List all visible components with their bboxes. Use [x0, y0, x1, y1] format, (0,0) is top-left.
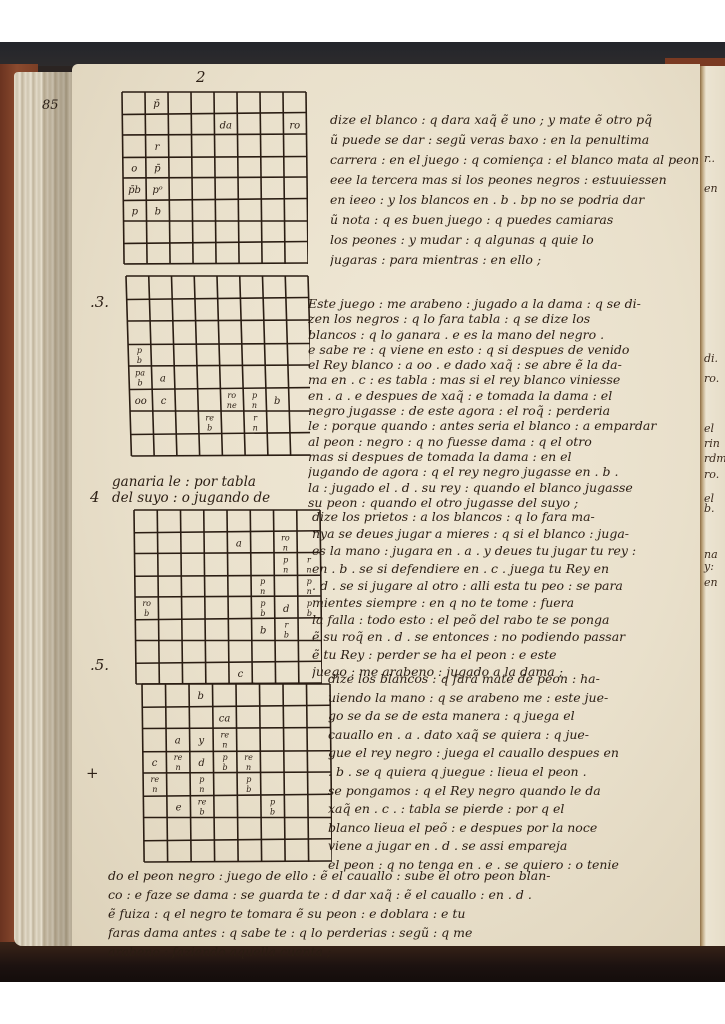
manuscript-line: en . a . e despues de xaq̃ : e tomada la…: [308, 388, 698, 403]
chess-piece-label: pᵒ: [152, 185, 162, 196]
chess-piece-label: p: [252, 391, 257, 400]
chess-piece-label: r: [155, 142, 161, 153]
chess-piece-label: n: [246, 763, 251, 772]
chess-piece-label: a: [236, 539, 242, 550]
chess-piece-label: n: [222, 741, 227, 750]
manuscript-line: viene a jugar en . d . se assi empareja: [328, 837, 698, 856]
chess-piece-label: n: [306, 565, 311, 574]
page-number: 2: [196, 68, 206, 86]
manuscript-line: Este juego : me arabeno : jugado a la da…: [308, 296, 698, 311]
chess-piece-label: ro: [142, 599, 151, 608]
manuscript-line: los peones : y mudar : q algunas q quie …: [330, 230, 698, 250]
spine-folio-mark: 85: [42, 98, 59, 113]
manuscript-line: eee la tercera mas si los peones negros …: [330, 170, 698, 190]
chess-piece-label: p: [260, 577, 265, 586]
chess-piece-label: re: [221, 731, 230, 740]
manuscript-line: ma en . c : es tabla : mas si el rey bla…: [308, 372, 698, 387]
chess-piece-label: p: [270, 797, 275, 806]
caption-line: del suyo : o jugando de: [112, 490, 270, 506]
chess-piece-label: b: [274, 396, 280, 407]
chess-piece-label: p: [222, 753, 227, 762]
chess-diagram-5: bcaayrencrendpbrenrenpnpberebpb: [140, 682, 332, 864]
manuscript-line: ẽ fuiza : q el negro te tomara ẽ su peon…: [108, 904, 698, 923]
chess-piece-label: b: [137, 356, 142, 365]
problem-2-text: dize el blanco : q dara xaq̃ ẽ uno ; y m…: [330, 110, 698, 270]
chess-piece-label: n: [152, 785, 157, 794]
facing-page-fragment: el: [704, 422, 714, 435]
manuscript-line: uiendo la mano : q se arabeno me : este …: [328, 689, 698, 708]
manuscript-line: dize el blanco : q dara xaq̃ ẽ uno ; y m…: [330, 110, 698, 130]
facing-page-fragment: r..: [704, 152, 715, 165]
chess-piece-label: d: [283, 604, 289, 615]
chess-piece-label: r: [253, 413, 258, 422]
chess-piece-label: re: [205, 413, 214, 422]
manuscript-line: . b . se q quiera q juegue : lieua el pe…: [328, 763, 698, 782]
chess-piece-label: ca: [219, 713, 231, 724]
chess-piece-label: n: [253, 423, 258, 432]
manuscript-line: el Rey blanco : a oo . e dado xaq̃ : se …: [308, 357, 698, 372]
manuscript-line: jugaras : para mientras : en ello ;: [330, 250, 698, 270]
chess-piece-label: p: [307, 577, 312, 586]
chess-piece-label: p: [199, 775, 204, 784]
caption-line: ganaria le : por tabla: [112, 474, 270, 490]
chess-piece-label: b: [207, 423, 212, 432]
chess-piece-label: b: [284, 631, 289, 640]
manuscript-line: co : e faze se dama : se guarda te : d d…: [108, 885, 698, 904]
chess-piece-label: b: [144, 609, 149, 618]
chess-piece-label: n: [252, 401, 257, 410]
chess-piece-label: e: [176, 802, 182, 813]
manuscript-line: blanco lieua el peõ : e despues por la n…: [328, 819, 698, 838]
manuscript-line: nya se deues jugar a mieres : q si el bl…: [312, 525, 698, 542]
chess-piece-label: b: [260, 626, 266, 637]
chess-piece-label: re: [174, 753, 183, 762]
chess-piece-label: p̄b: [128, 185, 141, 196]
facing-page-fragment: en: [704, 182, 718, 195]
chess-piece-label: o: [131, 163, 137, 174]
manuscript-line: go se da se de esta manera : q juega el: [328, 707, 698, 726]
chess-piece-label: b: [260, 609, 265, 618]
manuscript-line: negro jugasse : de este agora : el roq̃ …: [308, 403, 698, 418]
facing-page-fragment: rdm: [704, 452, 725, 465]
chess-piece-label: b: [138, 378, 143, 387]
manuscript-line: mientes siempre : en q no te tome : fuer…: [312, 594, 698, 611]
diagram-3-caption: ganaria le : por tabla del suyo : o juga…: [112, 474, 270, 506]
chess-piece-label: re: [151, 775, 160, 784]
chess-diagram-4: aronpnrnpnpnrobpbdpbbrbc: [132, 508, 322, 686]
chess-piece-label: y: [197, 736, 204, 747]
chess-piece-label: d: [198, 758, 204, 769]
chess-diagram-3: pbpabaoocronepnbrebrn: [124, 274, 310, 458]
manuscript-line: gue el rey negro : juega el cauallo desp…: [328, 744, 698, 763]
chess-grid: bcaayrencrendpbrenrenpnpberebpb: [140, 682, 332, 864]
chess-grid: p̄darorop̄p̄bpᵒpb: [120, 90, 308, 266]
chess-piece-label: c: [238, 669, 244, 680]
manuscript-line: do el peon negro : juego de ello : ẽ el …: [108, 866, 698, 885]
chess-piece-label: b: [200, 807, 205, 816]
margin-problem-number: +: [86, 764, 99, 782]
problem-4-text: dize los prietos : a los blancos : q lo …: [312, 508, 698, 680]
manuscript-line: e sabe re : q viene en esto : q si despu…: [308, 342, 698, 357]
manuscript-line: zen los negros : q lo fara tabla : q se …: [308, 311, 698, 326]
manuscript-line: ẽ tu Rey : perder se ha el peon : e este: [312, 646, 698, 663]
margin-problem-number: .5.: [90, 656, 109, 674]
manuscript-line: . d . se si jugare al otro : alli esta t…: [312, 577, 698, 594]
manuscript-line: ẽ su roq̃ en . d . se entonces : no podi…: [312, 628, 698, 645]
manuscript-line: cauallo en . a . dato xaq̃ se quiera : q…: [328, 726, 698, 745]
chess-diagram-2: p̄darorop̄p̄bpᵒpb: [120, 90, 308, 266]
manuscript-line: mas si despues de tomada la dama : en el: [308, 449, 698, 464]
manuscript-line: dize los prietos : a los blancos : q lo …: [312, 508, 698, 525]
manuscript-line: arabeno : faziendo aquella cuenta ;: [108, 942, 698, 961]
manuscript-line: carrera : en el juego : q comiença : el …: [330, 150, 698, 170]
chess-piece-label: ro: [227, 391, 236, 400]
manuscript-line: se pongamos : q el Rey negro quando le d…: [328, 782, 698, 801]
chess-piece-label: pa: [135, 368, 145, 377]
manuscript-line: la : jugado el . d . su rey : quando el …: [308, 480, 698, 495]
chess-piece-label: da: [220, 120, 232, 131]
chess-piece-label: n: [283, 565, 288, 574]
chess-grid: aronpnrnpnpnrobpbdpbbrbc: [132, 508, 322, 686]
manuscript-line: le : porque quando : antes seria el blan…: [308, 418, 698, 433]
chess-piece-label: c: [161, 396, 167, 407]
chess-piece-label: p̄: [154, 163, 161, 174]
chess-piece-label: p̄: [153, 99, 160, 110]
facing-page-fragment: b.: [704, 502, 715, 515]
facing-page-fragment: y:: [704, 560, 714, 573]
margin-problem-number: 4: [90, 488, 100, 506]
manuscript-line: es la mano : jugara en . a . y deues tu …: [312, 542, 698, 559]
manuscript-line: faras dama antes : q sabe te : q lo perd…: [108, 923, 698, 942]
chess-piece-label: n: [199, 785, 204, 794]
chess-piece-label: re: [244, 753, 253, 762]
manuscript-page: 2 .3.4.5.+ p̄darorop̄p̄bpᵒpb pbpabaoocro…: [72, 64, 700, 946]
facing-page-fragment: rin: [704, 437, 720, 450]
manuscript-line: blancos : q lo ganara . e es la mano del…: [308, 327, 698, 342]
manuscript-line: la falla : todo esto : el peõ del rabo t…: [312, 611, 698, 628]
facing-page-fragment: di.: [704, 352, 718, 365]
chess-piece-label: ro: [289, 120, 300, 131]
manuscript-line: jugando de agora : q el rey negro jugass…: [308, 464, 698, 479]
chess-grid: pbpabaoocronepnbrebrn: [124, 274, 310, 458]
manuscript-line: en ieeo : y los blancos en . b . bp no s…: [330, 190, 698, 210]
chess-piece-label: p: [283, 555, 288, 564]
footer-text: do el peon negro : juego de ello : ẽ el …: [108, 866, 698, 961]
chess-piece-label: b: [198, 691, 204, 702]
chess-piece-label: ro: [281, 534, 290, 543]
chess-piece-label: p: [246, 775, 251, 784]
manuscript-line: ũ nota : q es buen juego : q puedes cami…: [330, 210, 698, 230]
chess-piece-label: p: [132, 206, 139, 217]
chess-piece-label: b: [246, 785, 251, 794]
facing-page-fragment: en: [704, 576, 718, 589]
chess-piece-label: b: [155, 206, 161, 217]
problem-3-text: Este juego : me arabeno : jugado a la da…: [308, 296, 698, 510]
chess-piece-label: n: [175, 763, 180, 772]
chess-piece-label: p: [260, 599, 265, 608]
chess-piece-label: n: [283, 544, 288, 553]
chess-piece-label: r: [285, 621, 290, 630]
chess-piece-label: ne: [227, 401, 237, 410]
chess-piece-label: p: [137, 346, 142, 355]
chess-piece-label: b: [270, 807, 275, 816]
chess-piece-label: a: [175, 736, 181, 747]
manuscript-line: dize los blancos : q fara mate de peon :…: [328, 670, 698, 689]
scanned-book-spread: 85 2 .3.4.5.+ p̄darorop̄p̄bpᵒpb pbpabaoo…: [0, 42, 725, 982]
chess-piece-label: a: [160, 373, 166, 384]
manuscript-line: en . b . se si defendiere en . c . juega…: [312, 560, 698, 577]
manuscript-line: xaq̃ en . c . : tabla se pierde : por q …: [328, 800, 698, 819]
chess-piece-label: re: [198, 797, 207, 806]
facing-page-fragment: ro.: [704, 372, 719, 385]
manuscript-line: al peon : negro : q no fuesse dama : q e…: [308, 434, 698, 449]
page-stack-edge: [14, 72, 80, 946]
scanner-top-band: [0, 42, 725, 66]
chess-piece-label: n: [307, 587, 312, 596]
chess-piece-label: n: [260, 587, 265, 596]
margin-problem-number: .3.: [90, 293, 109, 311]
chess-piece-label: b: [222, 763, 227, 772]
problem-5-text: dize los blancos : q fara mate de peon :…: [328, 670, 698, 875]
facing-page-fragment: ro.: [704, 468, 719, 481]
facing-page-edge: r..endi.ro.elrinrdmro.elb.nay:en: [700, 66, 725, 946]
manuscript-line: ũ puede se dar : segũ veras baxo : en la…: [330, 130, 698, 150]
chess-piece-label: c: [152, 758, 158, 769]
chess-piece-label: oo: [135, 396, 147, 407]
